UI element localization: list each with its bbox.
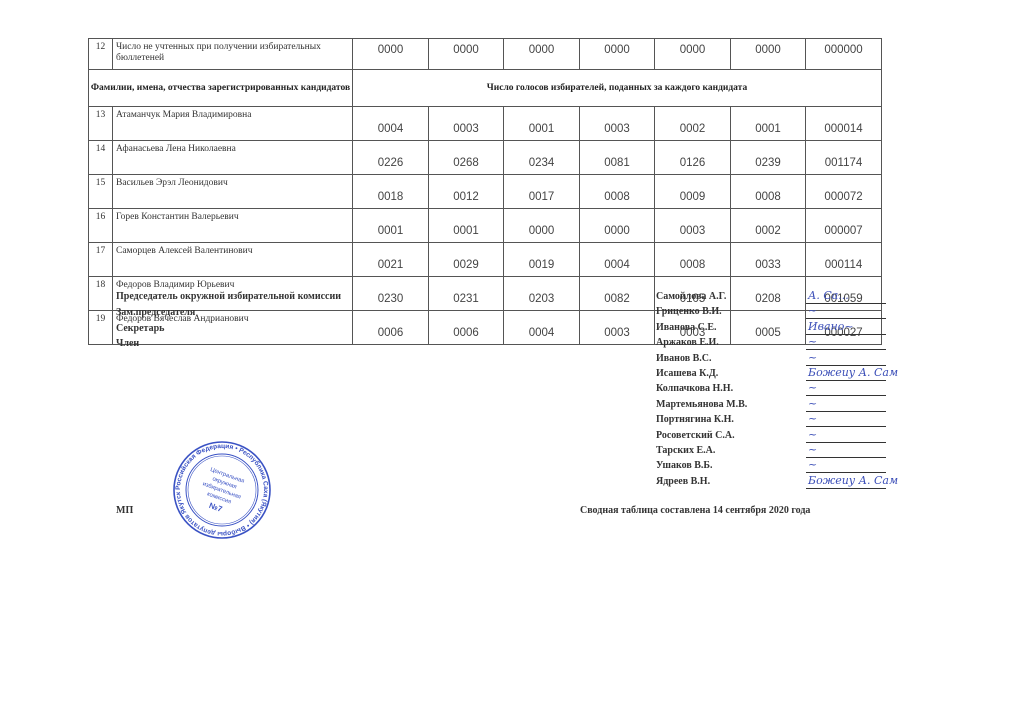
handwritten-signature: ~ bbox=[808, 428, 817, 441]
cell-value: 0001 bbox=[353, 209, 429, 243]
handwritten-signature: ~ bbox=[808, 458, 817, 471]
table-row: 16Горев Константин Валерьевич00010001000… bbox=[89, 209, 882, 243]
cell-value: 0000 bbox=[353, 39, 429, 70]
cell-total: 000114 bbox=[806, 243, 882, 277]
row-number: 12 bbox=[89, 39, 113, 70]
member-name: Аржаков Е.И. bbox=[656, 337, 719, 348]
stamp-place-label: МП bbox=[116, 505, 133, 516]
member-name: Тарских Е.А. bbox=[656, 445, 715, 456]
signature-line bbox=[806, 395, 886, 396]
member-name: Иванова С.Е. bbox=[656, 322, 716, 333]
official-seal: Российская Федерация • Республика Саха (… bbox=[172, 440, 272, 540]
cell-value: 0004 bbox=[504, 311, 580, 345]
role-label: Секретарь bbox=[116, 323, 164, 334]
handwritten-signature: ~ bbox=[808, 412, 817, 425]
cell-value: 0000 bbox=[429, 39, 504, 70]
cell-value: 0082 bbox=[580, 277, 655, 311]
svg-text:№7: №7 bbox=[208, 501, 224, 514]
row-number: 19 bbox=[89, 311, 113, 345]
cell-value: 0004 bbox=[353, 107, 429, 141]
header-candidates: Фамилии, имена, отчества зарегистрирован… bbox=[89, 70, 353, 107]
table-row: 17Саморцев Алексей Валентинович002100290… bbox=[89, 243, 882, 277]
signature-line bbox=[806, 442, 886, 443]
candidate-name: Саморцев Алексей Валентинович bbox=[113, 243, 353, 277]
member-name: Ушаков В.Б. bbox=[656, 460, 713, 471]
cell-value: 0005 bbox=[731, 311, 806, 345]
row-number: 14 bbox=[89, 141, 113, 175]
cell-value: 0004 bbox=[580, 243, 655, 277]
cell-value: 0001 bbox=[731, 107, 806, 141]
table-row: 14Афанасьева Лена Николаевна022602680234… bbox=[89, 141, 882, 175]
cell-value: 0002 bbox=[731, 209, 806, 243]
row-number: 13 bbox=[89, 107, 113, 141]
cell-value: 0018 bbox=[353, 175, 429, 209]
cell-value: 0003 bbox=[655, 209, 731, 243]
signature-line bbox=[806, 488, 886, 489]
cell-value: 0017 bbox=[504, 175, 580, 209]
cell-value: 0203 bbox=[504, 277, 580, 311]
cell-value: 0008 bbox=[655, 243, 731, 277]
cell-total: 000072 bbox=[806, 175, 882, 209]
candidate-name: Горев Константин Валерьевич bbox=[113, 209, 353, 243]
member-name: Иванов В.С. bbox=[656, 353, 711, 364]
cell-value: 0012 bbox=[429, 175, 504, 209]
member-name: Росоветский С.А. bbox=[656, 430, 735, 441]
member-name: Гриценко В.И. bbox=[656, 306, 722, 317]
cell-value: 0231 bbox=[429, 277, 504, 311]
candidate-name: Атаманчук Мария Владимировна bbox=[113, 107, 353, 141]
cell-value: 0021 bbox=[353, 243, 429, 277]
cell-value: 0268 bbox=[429, 141, 504, 175]
signature-line bbox=[806, 411, 886, 412]
cell-value: 0000 bbox=[504, 209, 580, 243]
member-name: Исашева К.Д. bbox=[656, 368, 718, 379]
cell-value: 0208 bbox=[731, 277, 806, 311]
cell-value: 0000 bbox=[580, 209, 655, 243]
header-votes: Число голосов избирателей, поданных за к… bbox=[353, 70, 882, 107]
member-name: Мартемьянова М.В. bbox=[656, 399, 747, 410]
signature-line bbox=[806, 380, 886, 381]
cell-value: 0002 bbox=[655, 107, 731, 141]
cell-value: 0239 bbox=[731, 141, 806, 175]
signature-line bbox=[806, 303, 886, 304]
cell-value: 0126 bbox=[655, 141, 731, 175]
member-name: Колпачкова Н.Н. bbox=[656, 383, 733, 394]
row-number: 16 bbox=[89, 209, 113, 243]
cell-value: 0009 bbox=[655, 175, 731, 209]
cell-value: 0000 bbox=[655, 39, 731, 70]
member-name: Портнягина К.Н. bbox=[656, 414, 734, 425]
handwritten-signature: Божеиу А. Сам bbox=[808, 366, 898, 379]
role-label: Зам.председателя bbox=[116, 307, 195, 318]
cell-value: 0081 bbox=[580, 141, 655, 175]
cell-value: 0033 bbox=[731, 243, 806, 277]
signature-line bbox=[806, 426, 886, 427]
cell-total: 000000 bbox=[806, 39, 882, 70]
cell-value: 0008 bbox=[580, 175, 655, 209]
handwritten-signature: ~ bbox=[808, 304, 817, 317]
signature-line bbox=[806, 334, 886, 335]
handwritten-signature: Ивано~ bbox=[808, 320, 854, 333]
handwritten-signature: ~ bbox=[808, 351, 817, 364]
member-name: Ядреев В.Н. bbox=[656, 476, 710, 487]
cell-total: 000007 bbox=[806, 209, 882, 243]
signature-line bbox=[806, 349, 886, 350]
handwritten-signature: ~ bbox=[808, 381, 817, 394]
candidate-name: Васильев Эрэл Леонидович bbox=[113, 175, 353, 209]
table-row: 13Атаманчук Мария Владимировна0004000300… bbox=[89, 107, 882, 141]
cell-value: 0000 bbox=[504, 39, 580, 70]
handwritten-signature: ~ bbox=[808, 443, 817, 456]
cell-value: 0000 bbox=[731, 39, 806, 70]
handwritten-signature: ~ bbox=[808, 397, 817, 410]
row-number: 15 bbox=[89, 175, 113, 209]
role-label: Член bbox=[116, 338, 139, 349]
row-number: 17 bbox=[89, 243, 113, 277]
cell-value: 0019 bbox=[504, 243, 580, 277]
cell-value: 0234 bbox=[504, 141, 580, 175]
cell-total: 001174 bbox=[806, 141, 882, 175]
compiled-date: Сводная таблица составлена 14 сентября 2… bbox=[580, 505, 810, 516]
row-label: Число не учтенных при получении избирате… bbox=[113, 39, 353, 70]
table-header-row: Фамилии, имена, отчества зарегистрирован… bbox=[89, 70, 882, 107]
cell-value: 0003 bbox=[429, 107, 504, 141]
cell-value: 0006 bbox=[353, 311, 429, 345]
role-label: Председатель окружной избирательной коми… bbox=[116, 291, 341, 302]
cell-value: 0001 bbox=[504, 107, 580, 141]
table-row-unaccounted: 12 Число не учтенных при получении избир… bbox=[89, 39, 882, 70]
cell-value: 0001 bbox=[429, 209, 504, 243]
cell-value: 0000 bbox=[580, 39, 655, 70]
handwritten-signature: ~ bbox=[808, 335, 817, 348]
table-row: 19Федоров Вячеслав Андрианович0006000600… bbox=[89, 311, 882, 345]
cell-value: 0226 bbox=[353, 141, 429, 175]
handwritten-signature: Божеиу А. Сам bbox=[808, 474, 898, 487]
cell-value: 0003 bbox=[580, 311, 655, 345]
member-name: Самойлова А.Г. bbox=[656, 291, 726, 302]
candidate-rows: 13Атаманчук Мария Владимировна0004000300… bbox=[89, 107, 882, 345]
table-row: 15Васильев Эрэл Леонидович00180012001700… bbox=[89, 175, 882, 209]
cell-value: 0029 bbox=[429, 243, 504, 277]
cell-value: 0008 bbox=[731, 175, 806, 209]
row-number: 18 bbox=[89, 277, 113, 311]
handwritten-signature: А. Са... bbox=[808, 289, 849, 302]
candidate-name: Афанасьева Лена Николаевна bbox=[113, 141, 353, 175]
cell-value: 0006 bbox=[429, 311, 504, 345]
signature-line bbox=[806, 457, 886, 458]
cell-value: 0003 bbox=[580, 107, 655, 141]
cell-value: 0230 bbox=[353, 277, 429, 311]
cell-total: 000014 bbox=[806, 107, 882, 141]
